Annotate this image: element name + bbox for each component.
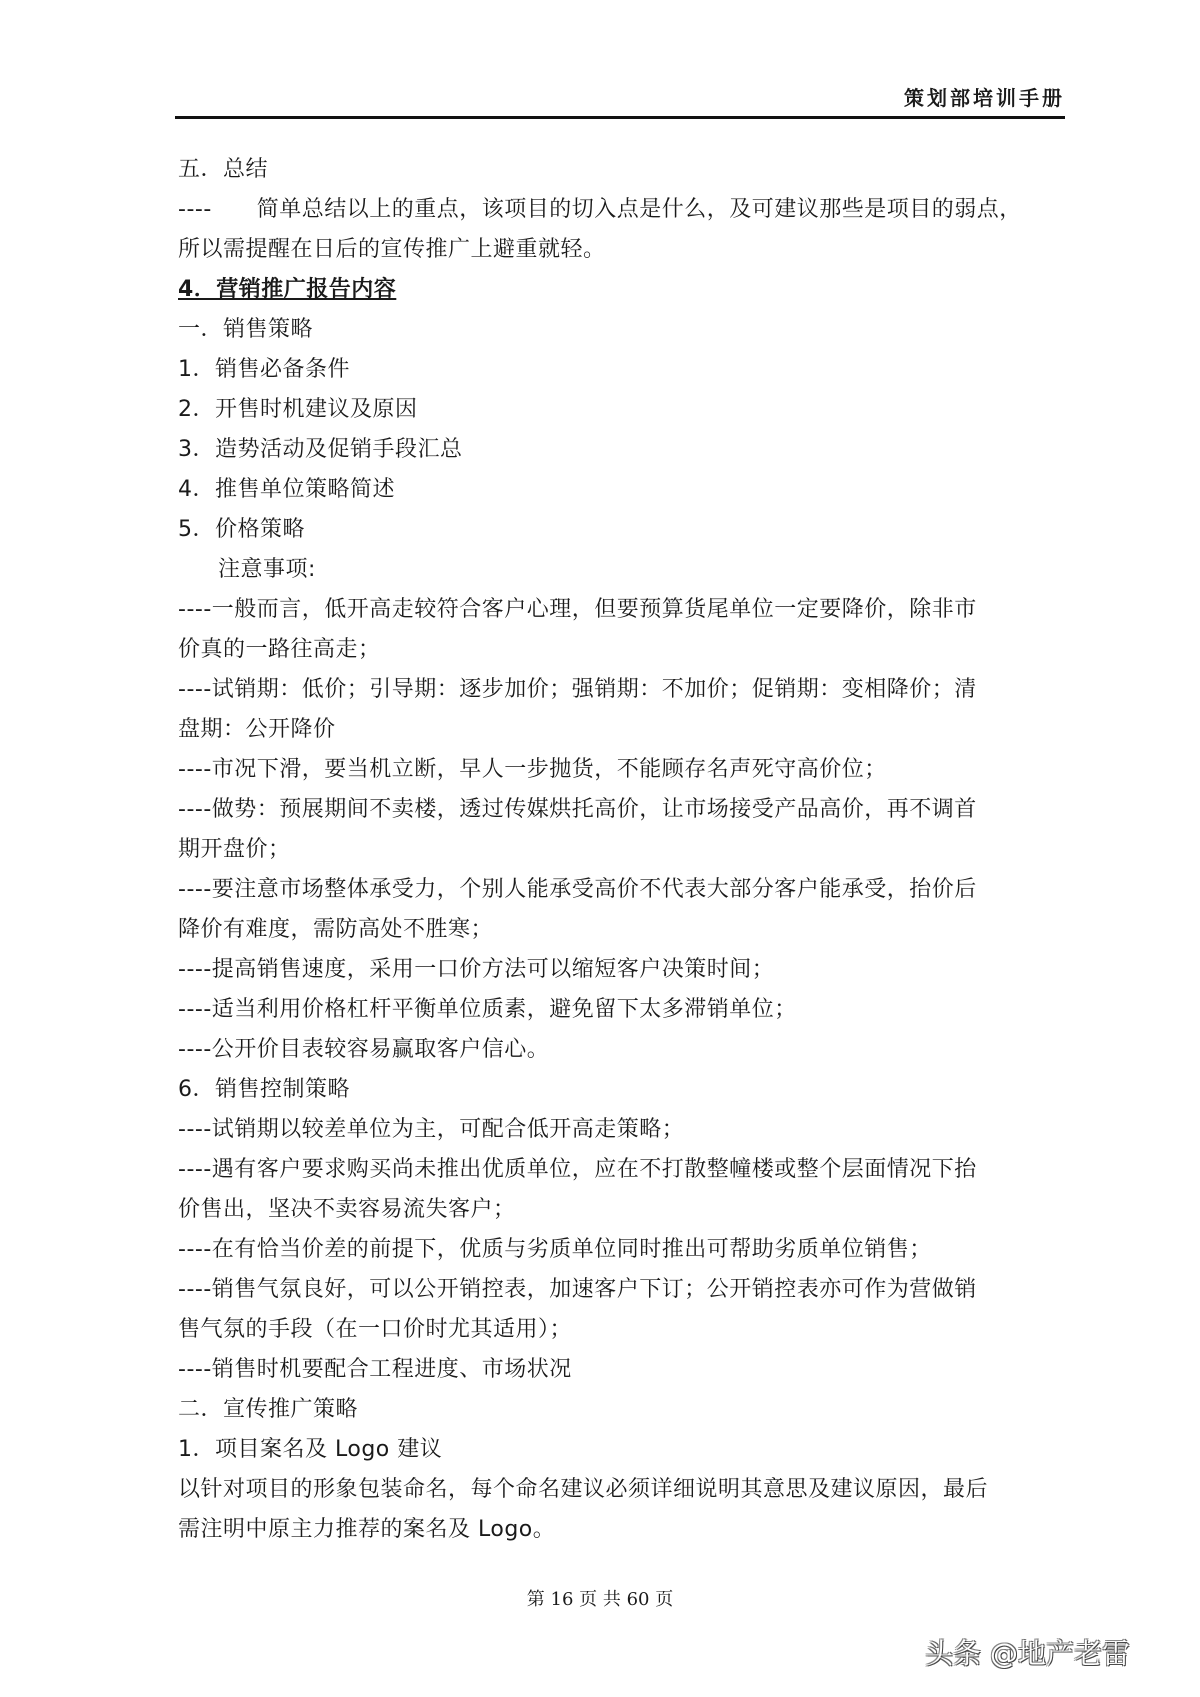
header-rule [175,116,1065,119]
notes-label: 注意事项: [178,550,1066,590]
watermark: 头条 @地产老雷 [925,1632,1130,1672]
paragraph-line: ----要注意市场整体承受力，个别人能承受高价不代表大部分客户能承受，抬价后 [178,870,1066,910]
paragraph-line: 期开盘价； [178,830,1066,870]
paragraph-line: 价真的一路往高走； [178,630,1066,670]
paragraph-line: ----在有恰当价差的前提下，优质与劣质单位同时推出可帮助劣质单位销售； [178,1230,1066,1270]
paragraph-line: ----销售时机要配合工程进度、市场状况 [178,1350,1066,1390]
subsection-heading-sales-strategy: 一．销售策略 [178,310,1066,350]
paragraph-line: 盘期：公开降价 [178,710,1066,750]
paragraph-line: ----做势：预展期间不卖楼，透过传媒烘托高价，让市场接受产品高价，再不调首 [178,790,1066,830]
paragraph-line: 价售出，坚决不卖容易流失客户； [178,1190,1066,1230]
section-heading-marketing-report: 4．营销推广报告内容 [178,270,1066,310]
paragraph-line: ----一般而言，低开高走较符合客户心理，但要预算货尾单位一定要降价，除非市 [178,590,1066,630]
paragraph-line: 需注明中原主力推荐的案名及 Logo。 [178,1510,1066,1550]
paragraph-line: 以针对项目的形象包装命名，每个命名建议必须详细说明其意思及建议原因，最后 [178,1470,1066,1510]
list-item: 5．价格策略 [178,510,1066,550]
paragraph-line: ----试销期：低价；引导期：逐步加价；强销期：不加价；促销期：变相降价；清 [178,670,1066,710]
paragraph-line: 所以需提醒在日后的宣传推广上避重就轻。 [178,230,1066,270]
paragraph-line: ---- 简单总结以上的重点，该项目的切入点是什么，及可建议那些是项目的弱点， [178,190,1066,230]
list-item: 3．造势活动及促销手段汇总 [178,430,1066,470]
section-heading-summary: 五．总结 [178,150,1066,190]
page-indicator: 第 16 页 共 60 页 [0,1585,1200,1611]
document-body: 五．总结 ---- 简单总结以上的重点，该项目的切入点是什么，及可建议那些是项目… [178,150,1066,1550]
list-item: 2．开售时机建议及原因 [178,390,1066,430]
paragraph-line: 售气氛的手段（在一口价时尤其适用）； [178,1310,1066,1350]
paragraph-line: ----遇有客户要求购买尚未推出优质单位，应在不打散整幢楼或整个层面情况下抬 [178,1150,1066,1190]
list-item: 6．销售控制策略 [178,1070,1066,1110]
list-item: 4．推售单位策略简述 [178,470,1066,510]
header-title: 策划部培训手册 [904,82,1065,111]
paragraph-line: ----提高销售速度，采用一口价方法可以缩短客户决策时间； [178,950,1066,990]
paragraph-line: 降价有难度，需防高处不胜寒； [178,910,1066,950]
paragraph-line: ----公开价目表较容易赢取客户信心。 [178,1030,1066,1070]
paragraph-line: ----试销期以较差单位为主，可配合低开高走策略； [178,1110,1066,1150]
paragraph-line: ----适当利用价格杠杆平衡单位质素，避免留下太多滞销单位； [178,990,1066,1030]
list-item: 1．销售必备条件 [178,350,1066,390]
subsection-heading-promotion-strategy: 二．宣传推广策略 [178,1390,1066,1430]
list-item: 1．项目案名及 Logo 建议 [178,1430,1066,1470]
paragraph-line: ----销售气氛良好，可以公开销控表，加速客户下订；公开销控表亦可作为营做销 [178,1270,1066,1310]
paragraph-line: ----市况下滑，要当机立断，早人一步抛货，不能顾存名声死守高价位； [178,750,1066,790]
